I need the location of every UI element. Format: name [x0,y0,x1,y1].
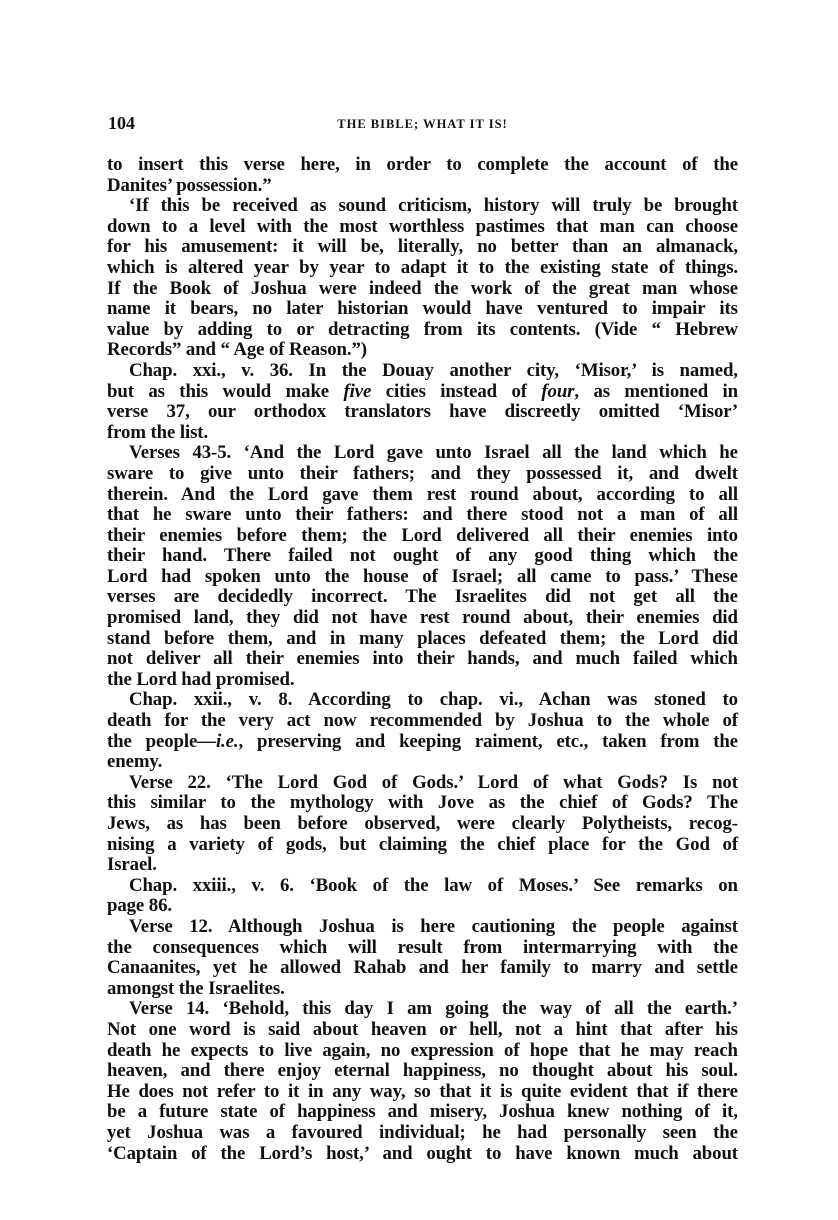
text-line: their hand. There failed not ought of an… [107,546,738,567]
text-line: be a future state of happiness and miser… [107,1102,738,1123]
text-line: this similar to the mythology with Jove … [107,793,738,814]
text-line: not deliver all their enemies into their… [107,649,738,670]
text-line: nising a variety of gods, but claiming t… [107,835,738,856]
text-line: the people—i.e., preserving and keeping … [107,732,738,753]
text-line: to insert this verse here, in order to c… [107,155,738,176]
text-line: page 86. [107,896,738,917]
text-line: their enemies before them; the Lord deli… [107,526,738,547]
text-line: Israel. [107,855,738,876]
running-title: THE BIBLE; WHAT IT IS! [107,117,738,132]
text-line: death he expects to live again, no expre… [107,1041,738,1062]
text-line: Verse 14. ‘Behold, this day I am going t… [107,999,738,1020]
text-line: the Lord had promised. [107,670,738,691]
text-line: Verse 22. ‘The Lord God of Gods.’ Lord o… [107,773,738,794]
text-line: Danites’ possession.” [107,176,738,197]
text-line: for his amusement: it will be, literally… [107,237,738,258]
text-line: down to a level with the most worthless … [107,217,738,238]
text-line: If the Book of Joshua were indeed the wo… [107,279,738,300]
text-line: heaven, and there enjoy eternal happines… [107,1061,738,1082]
text-line: ‘Captain of the Lord’s host,’ and ought … [107,1144,738,1165]
text-line: Chap. xxi., v. 36. In the Douay another … [107,361,738,382]
text-line: Chap. xxiii., v. 6. ‘Book of the law of … [107,876,738,897]
text-line: Chap. xxii., v. 8. According to chap. vi… [107,690,738,711]
running-head: 104 THE BIBLE; WHAT IT IS! [107,110,738,134]
text-line: Verses 43-5. ‘And the Lord gave unto Isr… [107,443,738,464]
text-line: Verse 12. Although Joshua is here cautio… [107,917,738,938]
text-line: Lord had spoken unto the house of Israel… [107,567,738,588]
text-line: stand before them, and in many places de… [107,629,738,650]
text-line: yet Joshua was a favoured individual; he… [107,1123,738,1144]
text-line: Canaanites, yet he allowed Rahab and her… [107,958,738,979]
text-line: sware to give unto their fathers; and th… [107,464,738,485]
text-line: therein. And the Lord gave them rest rou… [107,485,738,506]
text-line: Jews, as has been before observed, were … [107,814,738,835]
text-line: He does not refer to it in any way, so t… [107,1082,738,1103]
text-line: but as this would make five cities inste… [107,382,738,403]
text-line: from the list. [107,423,738,444]
text-line: promised land, they did not have rest ro… [107,608,738,629]
text-line: the consequences which will result from … [107,938,738,959]
text-line: verses are decidedly incorrect. The Isra… [107,587,738,608]
text-line: death for the very act now recommended b… [107,711,738,732]
book-page: 104 THE BIBLE; WHAT IT IS! to insert thi… [107,110,738,1164]
text-line: name it bears, no later historian would … [107,299,738,320]
text-line: verse 37, our orthodox translators have … [107,402,738,423]
text-line: ‘If this be received as sound criticism,… [107,196,738,217]
text-line: enemy. [107,752,738,773]
text-line: that he sware unto their fathers: and th… [107,505,738,526]
text-line: value by adding to or detracting from it… [107,320,738,341]
text-line: which is altered year by year to adapt i… [107,258,738,279]
text-line: amongst the Israelites. [107,979,738,1000]
text-line: Not one word is said about heaven or hel… [107,1020,738,1041]
body-text: to insert this verse here, in order to c… [107,155,738,1164]
text-line: Records” and “ Age of Reason.”) [107,340,738,361]
